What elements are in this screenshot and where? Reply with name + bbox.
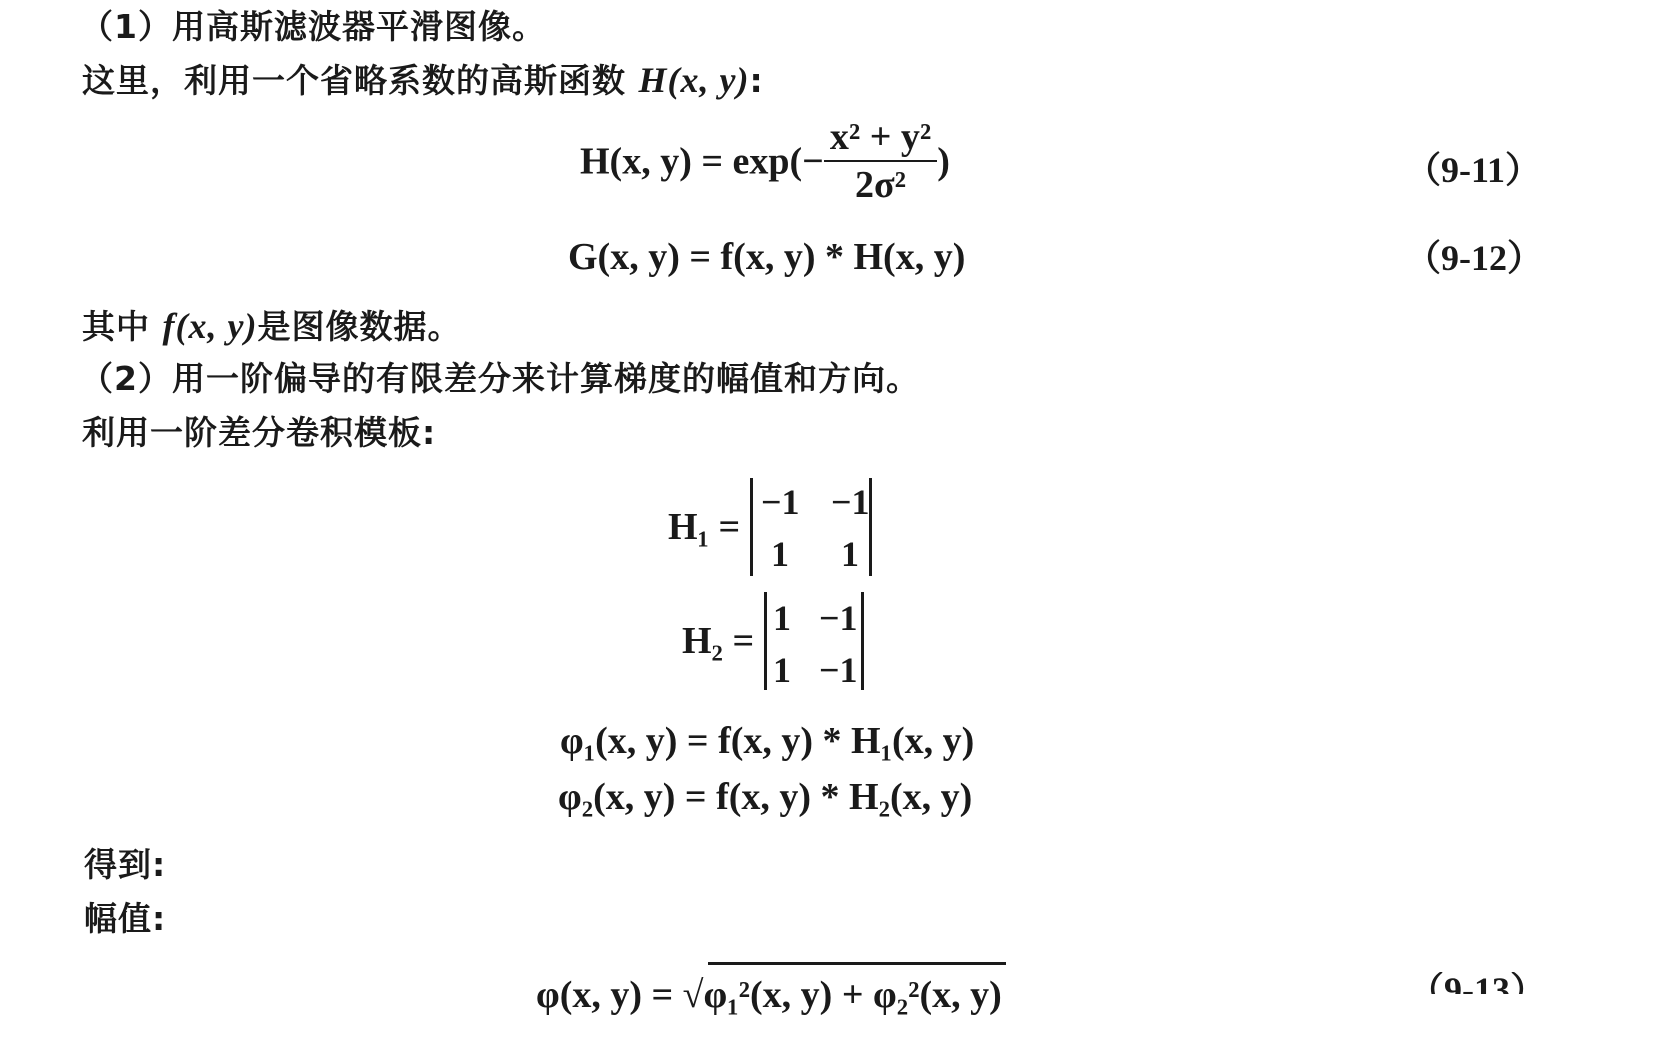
equation-9-11: H(x, y) = exp(−x² + y²2σ²) xyxy=(580,122,950,208)
eq-9-11-fraction: x² + y²2σ² xyxy=(824,118,937,204)
gaussian-intro-math: H(x, y) xyxy=(639,60,750,100)
h1-cell-1-0: 1 xyxy=(771,536,789,572)
gaussian-intro: 这里，利用一个省略系数的高斯函数 H(x, y): xyxy=(82,62,764,98)
phi2-equation: φ₂(x, y) = f(x, y) * H₂(x, y) xyxy=(558,778,972,816)
eq-9-11-lhs: H(x, y) = exp(− xyxy=(580,141,824,183)
template-intro: 利用一阶差分卷积模板: xyxy=(82,416,436,449)
h1-cell-0-0: −1 xyxy=(761,484,800,520)
equation-number-9-12: （9-12） xyxy=(1405,240,1543,276)
eq-9-13-radicand: φ₁²(x, y) + φ₂²(x, y) xyxy=(704,974,1002,1016)
where-suffix: 是图像数据。 xyxy=(257,307,461,346)
where-clause: 其中 f(x, y)是图像数据。 xyxy=(82,308,461,344)
where-math: f(x, y) xyxy=(163,306,258,346)
eq-9-11-close: ) xyxy=(937,141,950,183)
equation-9-13: φ(x, y) = √φ₁²(x, y) + φ₂²(x, y) xyxy=(536,976,1002,1014)
equation-number-9-11: （9-11） xyxy=(1405,152,1541,188)
sqrt-bar xyxy=(708,962,1006,965)
h2-cell-1-1: −1 xyxy=(819,652,858,688)
step1-heading: （1）用高斯滤波器平滑图像。 xyxy=(80,10,546,43)
obtain-label: 得到: xyxy=(84,848,166,881)
eq-9-13-lhs: φ(x, y) = √ xyxy=(536,974,704,1016)
gaussian-intro-text: 这里，利用一个省略系数的高斯函数 xyxy=(82,61,639,100)
h1-matrix: −1 −1 1 1 xyxy=(750,478,872,576)
eq-9-11-numerator: x² + y² xyxy=(824,118,937,162)
h2-cell-0-0: 1 xyxy=(773,600,791,636)
h2-matrix: 1 −1 1 −1 xyxy=(764,592,864,690)
where-prefix: 其中 xyxy=(82,307,163,346)
eq-9-11-denominator: 2σ² xyxy=(824,162,937,204)
magnitude-label: 幅值: xyxy=(84,902,166,935)
h2-label: H₂ = xyxy=(682,622,754,660)
h2-cell-0-1: −1 xyxy=(819,600,858,636)
h1-label: H₁ = xyxy=(668,508,740,546)
step2-heading: （2）用一阶偏导的有限差分来计算梯度的幅值和方向。 xyxy=(80,362,920,395)
phi1-equation: φ₁(x, y) = f(x, y) * H₁(x, y) xyxy=(560,722,974,760)
h1-cell-1-1: 1 xyxy=(841,536,859,572)
equation-9-12: G(x, y) = f(x, y) * H(x, y) xyxy=(568,238,965,276)
h1-cell-0-1: −1 xyxy=(831,484,870,520)
gaussian-intro-colon: : xyxy=(749,61,763,100)
h2-cell-1-0: 1 xyxy=(773,652,791,688)
equation-number-9-13: （9-13） xyxy=(1408,972,1546,994)
